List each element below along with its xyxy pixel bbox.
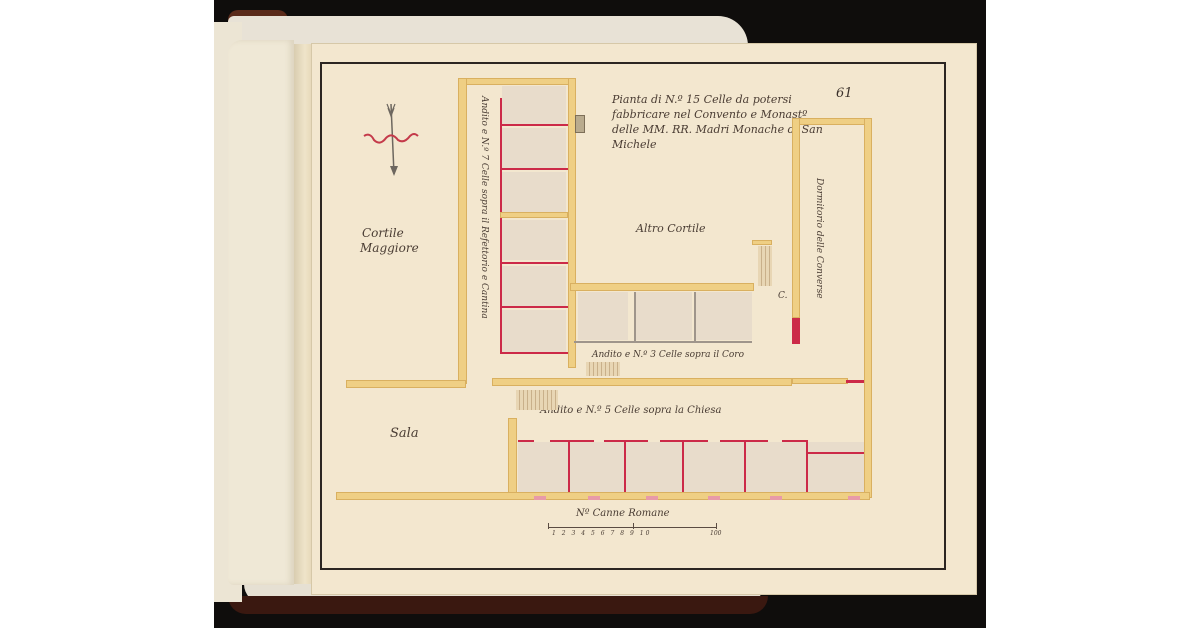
- new-partition: [744, 440, 746, 492]
- cell: [502, 310, 566, 352]
- scale-tick: [633, 523, 634, 529]
- north-arrow-icon: [358, 102, 422, 178]
- wall-east-inner: [792, 118, 800, 318]
- partition: [574, 341, 752, 343]
- new-corridor-wall: [500, 98, 502, 354]
- small-window: [575, 115, 585, 133]
- new-partition: [682, 440, 684, 492]
- label-altro-cortile: Altro Cortile: [636, 222, 706, 235]
- book-gutter: [294, 44, 312, 584]
- new-partition: [500, 306, 568, 308]
- wall-cross: [500, 212, 568, 218]
- wall-corridor-north: [492, 378, 792, 386]
- cell: [502, 172, 566, 212]
- window-niche: [534, 496, 546, 500]
- new-partition: [806, 452, 864, 454]
- label-east-wing: Dormitorio delle Converse: [814, 178, 824, 299]
- cell: [502, 128, 566, 168]
- cell: [636, 292, 692, 340]
- new-partition: [806, 440, 808, 492]
- new-partition: [782, 440, 808, 442]
- cell: [502, 220, 566, 260]
- cell: [696, 292, 752, 340]
- wall-west-outer: [458, 78, 467, 384]
- wall-east-bottom: [792, 378, 848, 384]
- stair-wall: [752, 240, 772, 245]
- partition: [634, 292, 636, 342]
- stairs: [586, 362, 620, 376]
- window-niche: [588, 496, 600, 500]
- label-maggiore: Maggiore: [360, 241, 419, 255]
- new-partition: [500, 262, 568, 264]
- label-west-wing: Andito e N.º 7 Celle sopra il Refettorio…: [479, 96, 489, 319]
- label-south-wing: Andito e N.º 5 Celle sopra la Chiesa: [540, 405, 721, 416]
- stairs: [516, 390, 558, 410]
- scale-bar: [548, 527, 716, 528]
- left-page: [228, 40, 294, 585]
- book-cover-bottom: [228, 596, 768, 614]
- cell: [502, 86, 566, 124]
- new-partition: [660, 440, 708, 442]
- window-niche: [708, 496, 720, 500]
- wall-middle-top: [570, 283, 754, 291]
- label-sala: Sala: [390, 426, 419, 441]
- wall-west-top: [458, 78, 576, 85]
- wall-south-outer: [336, 492, 870, 500]
- wall-south-west: [508, 418, 517, 496]
- wall-east-outer: [864, 118, 872, 498]
- new-partition: [624, 440, 626, 492]
- label-cortile: Cortile: [362, 226, 404, 240]
- scale-ticks-label: 1 2 3 4 5 6 7 8 9 10: [552, 530, 651, 537]
- new-partition: [500, 352, 568, 354]
- stairs: [758, 246, 772, 286]
- partition: [694, 292, 696, 342]
- scale-tick: [716, 523, 717, 529]
- label-stair-mark: C.: [778, 291, 787, 301]
- page-number: 61: [836, 86, 853, 101]
- new-partition: [550, 440, 594, 442]
- new-wall-segment: [846, 380, 864, 383]
- window-niche: [848, 496, 860, 500]
- cell: [502, 266, 566, 306]
- scale-caption: Nº Canne Romane: [576, 508, 670, 519]
- window-niche: [770, 496, 782, 500]
- label-middle-wing: Andito e N.º 3 Celle sopra il Coro: [592, 350, 744, 360]
- scale-tick: [548, 523, 549, 529]
- new-partition: [568, 440, 570, 492]
- new-partition: [604, 440, 648, 442]
- window-niche: [646, 496, 658, 500]
- wall-east-top: [792, 118, 872, 125]
- cell: [578, 292, 628, 340]
- new-partition: [500, 168, 568, 170]
- scale-end-label: 100: [710, 530, 721, 537]
- new-wall-segment: [792, 318, 800, 344]
- new-partition: [518, 440, 534, 442]
- page-stack-top: [228, 16, 748, 46]
- new-partition: [500, 124, 568, 126]
- wall-sala-north: [346, 380, 466, 388]
